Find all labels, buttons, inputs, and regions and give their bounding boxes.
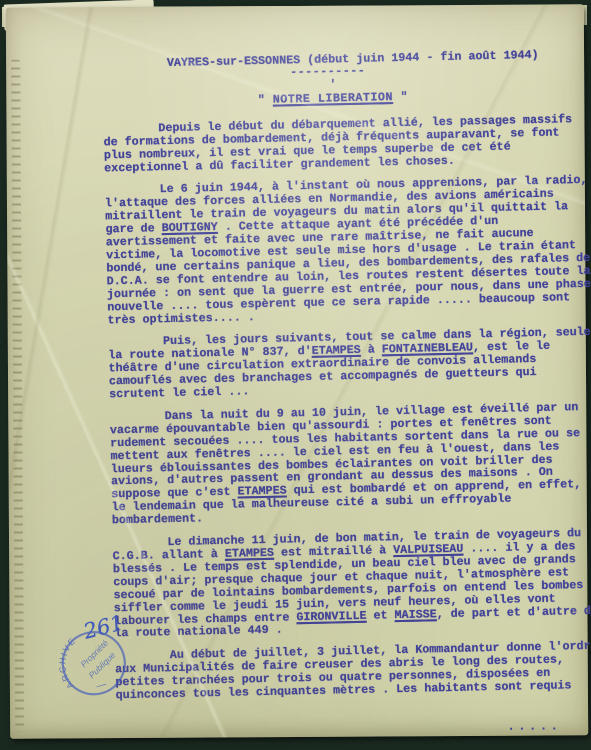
paragraph: Le dimanche 11 juin, de bon matin, le tr… [112, 527, 591, 641]
paragraph: Le 6 juin 1944, à l'instant où nous appr… [105, 174, 591, 326]
paragraph: Depuis le début du débarquement allié, l… [103, 113, 588, 175]
paragraph: Au début de juillet, 3 juillet, la Komma… [115, 640, 591, 702]
paragraphs: Depuis le début du débarquement allié, l… [8, 113, 591, 705]
footer-dots: ..... [507, 718, 561, 733]
paragraph: Puis, les jours suivants, tout se calme … [108, 326, 591, 401]
document-title: " NOTRE LIBERATION " [258, 87, 586, 107]
document-page: VAYRES-sur-ESSONNES (début juin 1944 - f… [6, 4, 588, 739]
paragraph: Dans la nuit du 9 au 10 juin, le village… [110, 401, 591, 528]
photographed-archive-page: { "page": { "header": { "location_line":… [0, 0, 591, 750]
